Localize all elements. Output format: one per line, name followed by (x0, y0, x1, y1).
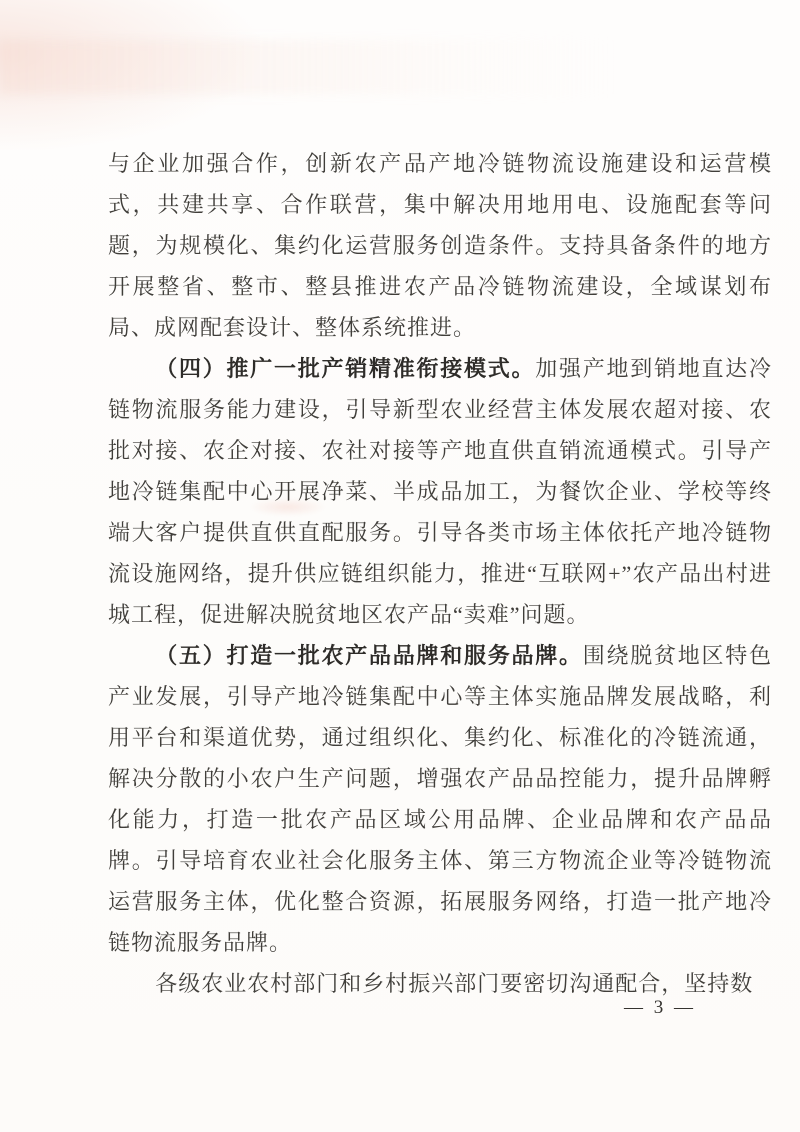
paragraph-text: 与企业加强合作，创新农产品产地冷链物流设施建设和运营模式，共建共享、合作联营，集… (108, 151, 772, 340)
paragraph-text: 围绕脱贫地区特色产业发展，引导产地冷链集配中心等主体实施品牌发展战略，利用平台和… (108, 643, 772, 955)
scan-smudge-top-left (0, 0, 260, 150)
paragraph-text: 加强产地到销地直达冷链物流服务能力建设，引导新型农业经营主体发展农超对接、农批对… (108, 356, 772, 627)
paragraph-text: 各级农业农村部门和乡村振兴部门要密切沟通配合，坚持数 (155, 971, 753, 996)
scanned-document-page: 与企业加强合作，创新农产品产地冷链物流设施建设和运营模式，共建共享、合作联营，集… (0, 0, 800, 1132)
paragraph-bold-lead: （四）推广一批产销精准衔接模式。 (155, 356, 535, 381)
paragraph-bold-lead: （五）打造一批农产品品牌和服务品牌。 (155, 643, 582, 668)
page-number: — 3 — (600, 997, 720, 1019)
paragraph-item-four: （四）推广一批产销精准衔接模式。加强产地到销地直达冷链物流服务能力建设，引导新型… (108, 348, 772, 635)
paragraph-item-five: （五）打造一批农产品品牌和服务品牌。围绕脱贫地区特色产业发展，引导产地冷链集配中… (108, 635, 772, 963)
scan-smudge-band (0, 40, 640, 94)
document-body: 与企业加强合作，创新农产品产地冷链物流设施建设和运营模式，共建共享、合作联营，集… (108, 143, 772, 1004)
paragraph-continuation: 与企业加强合作，创新农产品产地冷链物流设施建设和运营模式，共建共享、合作联营，集… (108, 143, 772, 348)
